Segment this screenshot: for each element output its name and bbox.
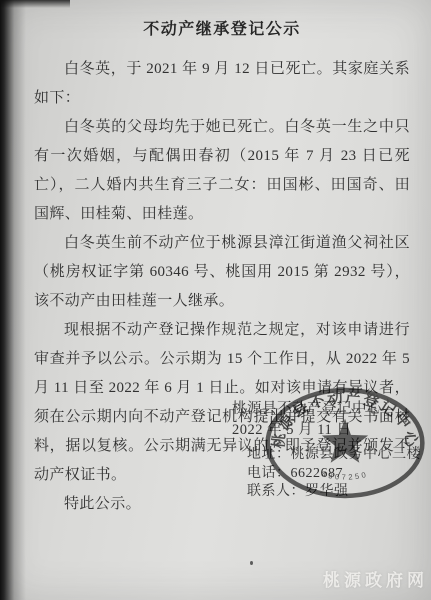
seal-star-icon	[322, 419, 368, 463]
document-photo: 不动产继承登记公示 白冬英，于 2021 年 9 月 12 日已死亡。其家庭关系…	[0, 0, 431, 600]
paragraph-family-relations: 白冬英的父母均先于她已死亡。白冬英一生之中只有一次婚姻，与配偶田春初（2015 …	[34, 113, 410, 229]
paragraph-death-statement: 白冬英，于 2021 年 9 月 12 日已死亡。其家庭关系如下：	[34, 55, 410, 113]
paragraph-property-description: 白冬英生前不动产位于桃源县漳江街道渔父祠社区（桃房权证字第 60346 号、桃国…	[34, 229, 410, 316]
site-watermark: 桃源政府网	[323, 566, 428, 591]
notice-title: 不动产继承登记公示	[34, 16, 410, 39]
svg-text:4307250: 4307250	[321, 470, 369, 482]
paper-speck	[250, 561, 253, 565]
official-seal-icon: 桃源县不动产登记中心 4307250	[261, 385, 429, 501]
seal-serial-number: 4307250	[321, 470, 369, 482]
page-top-shadow-edge	[0, 0, 70, 8]
page-left-shadow-edge	[0, 0, 26, 600]
